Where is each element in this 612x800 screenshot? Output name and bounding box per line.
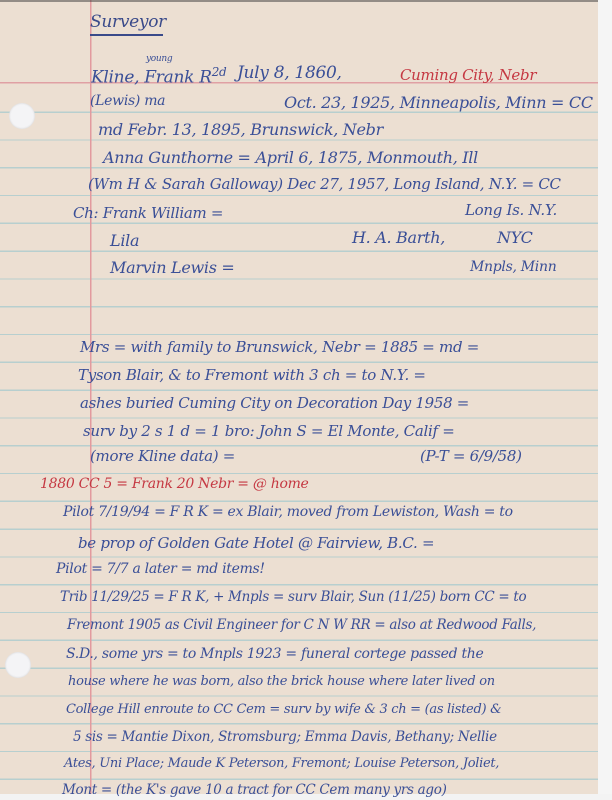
trib-note-5: College Hill enroute to CC Cem = surv by… bbox=[66, 702, 501, 717]
child-marvin: Marvin Lewis = bbox=[110, 258, 235, 277]
trib-note-2: Fremont 1905 as Civil Engineer for C N W… bbox=[67, 617, 536, 633]
binder-hole-bottom bbox=[5, 652, 31, 678]
note-line-4: surv by 2 s 1 d = 1 bro: John S = El Mon… bbox=[83, 422, 454, 440]
note-line-2: Tyson Blair, & to Fremont with 3 ch = to… bbox=[78, 366, 426, 384]
pilot-note-2: be prop of Golden Gate Hotel @ Fairview,… bbox=[78, 534, 434, 552]
child-lila-spouse: H. A. Barth, bbox=[352, 228, 445, 247]
press-citation: (P-T = 6/9/58) bbox=[420, 447, 522, 465]
entry-name-note: young bbox=[146, 54, 172, 64]
entry-name-text: Kline, Frank R bbox=[91, 68, 212, 88]
entry-parent: (Lewis) ma bbox=[90, 93, 165, 109]
scan-right-edge bbox=[598, 0, 612, 800]
child-marvin-location: Mnpls, Minn bbox=[470, 259, 556, 275]
birth-date: July 8, 1860, bbox=[237, 63, 342, 83]
trib-note-4: house where he was born, also the brick … bbox=[68, 674, 495, 689]
marriage-info: md Febr. 13, 1895, Brunswick, Nebr bbox=[98, 120, 383, 139]
pilot-note-1: Pilot 7/19/94 = F R K = ex Blair, moved … bbox=[63, 504, 513, 520]
note-line-5: (more Kline data) = bbox=[90, 447, 235, 465]
census-note: 1880 CC 5 = Frank 20 Nebr = @ home bbox=[40, 476, 309, 492]
note-line-3: ashes buried Cuming City on Decoration D… bbox=[80, 394, 469, 412]
trib-note-3: S.D., some yrs = to Mnpls 1923 = funeral… bbox=[66, 646, 484, 662]
trib-note-8: Mont = (the K's gave 10 a tract for CC C… bbox=[62, 782, 447, 798]
binder-hole-top bbox=[9, 103, 35, 129]
child-frank: Ch: Frank William = bbox=[73, 204, 223, 222]
spouse-parents: (Wm H & Sarah Galloway) Dec 27, 1957, Lo… bbox=[88, 175, 561, 193]
trib-note-1: Trib 11/29/25 = F R K, + Mnpls = surv Bl… bbox=[60, 589, 526, 605]
death-info: Oct. 23, 1925, Minneapolis, Minn = CC bbox=[284, 93, 593, 112]
scan-top-edge bbox=[0, 0, 612, 2]
child-lila: Lila bbox=[110, 231, 139, 250]
spouse-info: Anna Gunthorne = April 6, 1875, Monmouth… bbox=[103, 148, 478, 167]
entry-name: Kline, Frank R2d bbox=[91, 65, 226, 88]
trib-note-7: Ates, Uni Place; Maude K Peterson, Fremo… bbox=[64, 756, 499, 771]
child-frank-location: Long Is. N.Y. bbox=[465, 201, 557, 219]
title-underline bbox=[90, 34, 163, 36]
trib-note-6: 5 sis = Mantie Dixon, Stromsburg; Emma D… bbox=[73, 729, 497, 745]
entry-name-suffix: 2d bbox=[212, 65, 227, 79]
note-line-1: Mrs = with family to Brunswick, Nebr = 1… bbox=[80, 338, 479, 356]
child-lila-location: NYC bbox=[497, 228, 533, 247]
page-title: Surveyor bbox=[90, 12, 166, 32]
pilot-note-3: Pilot = 7/7 a later = md items! bbox=[56, 561, 265, 577]
birthplace: Cuming City, Nebr bbox=[400, 66, 536, 84]
entry-line-2: (Lewis) ma bbox=[90, 93, 165, 109]
